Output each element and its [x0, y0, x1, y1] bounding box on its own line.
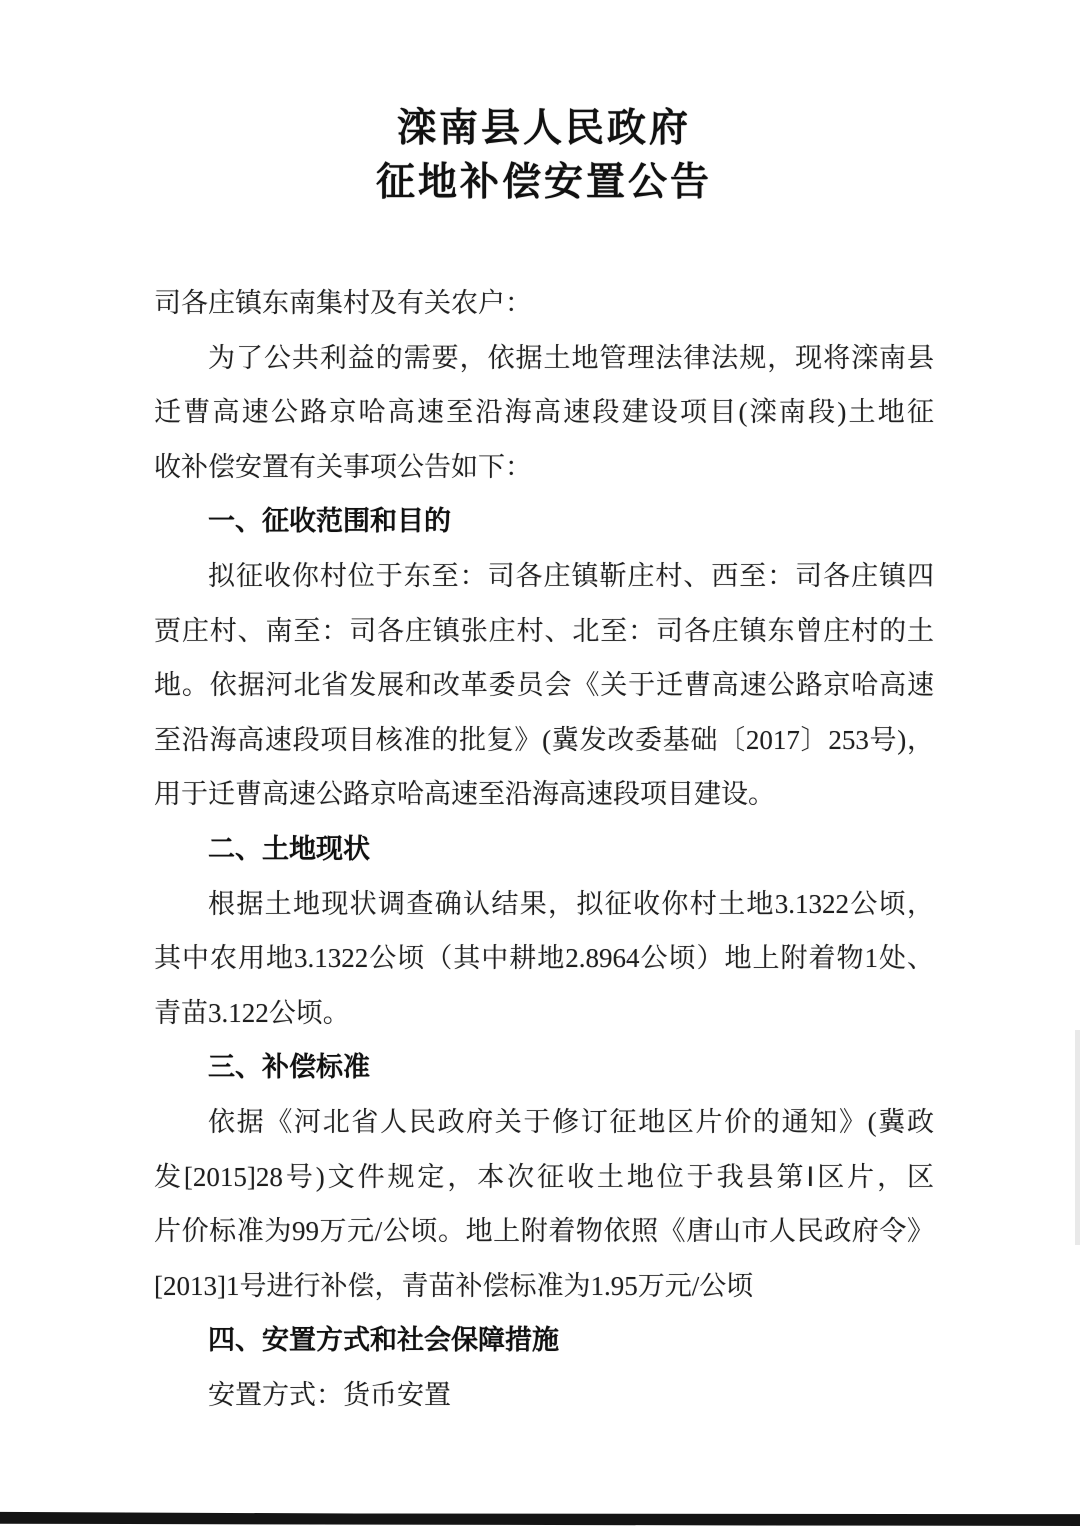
document-line: 青苗3.122公顷。 [154, 986, 934, 1041]
document-line: 地。依据河北省发展和改革委员会《关于迁曹高速公路京哈高速 [154, 658, 934, 713]
document-line: 用于迁曹高速公路京哈高速至沿海高速段项目建设。 [154, 767, 934, 822]
document-title-line-1: 滦南县人民政府 [154, 102, 934, 156]
document-line: 收补偿安置有关事项公告如下： [154, 440, 934, 495]
document-line: 至沿海高速段项目核准的批复》(冀发改委基础〔2017〕253号)， [154, 713, 934, 768]
document-line: 司各庄镇东南集村及有关农户： [154, 276, 934, 331]
document-line: 拟征收你村位于东至：司各庄镇靳庄村、西至：司各庄镇四 [154, 549, 934, 604]
section-heading: 一、征收范围和目的 [154, 494, 934, 549]
section-heading: 二、土地现状 [154, 822, 934, 877]
document-line: 为了公共利益的需要，依据土地管理法律法规，现将滦南县 [154, 331, 934, 386]
document-line: 安置方式：货币安置 [154, 1368, 934, 1423]
document-line: 其中农用地3.1322公顷（其中耕地2.8964公顷）地上附着物1处、 [154, 931, 934, 986]
document-line: 根据土地现状调查确认结果，拟征收你村土地3.1322公顷， [154, 877, 934, 932]
document-line: 迁曹高速公路京哈高速至沿海高速段建设项目(滦南段)土地征 [154, 385, 934, 440]
section-heading: 四、安置方式和社会保障措施 [154, 1313, 934, 1368]
document-title: 滦南县人民政府 征地补偿安置公告 [154, 102, 934, 210]
section-heading: 三、补偿标准 [154, 1040, 934, 1095]
document-body: 司各庄镇东南集村及有关农户：为了公共利益的需要，依据土地管理法律法规，现将滦南县… [154, 276, 934, 1422]
document-title-line-2: 征地补偿安置公告 [154, 156, 934, 210]
scan-artifact-right-edge [1075, 1030, 1080, 1245]
document-line: [2013]1号进行补偿，青苗补偿标准为1.95万元/公顷 [154, 1259, 934, 1314]
document-line: 发[2015]28号)文件规定，本次征收土地位于我县第Ⅰ区片，区 [154, 1150, 934, 1205]
document-line: 依据《河北省人民政府关于修订征地区片价的通知》(冀政 [154, 1095, 934, 1150]
scan-artifact-bottom-bar [0, 1510, 1080, 1526]
document-line: 贾庄村、南至：司各庄镇张庄村、北至：司各庄镇东曾庄村的土 [154, 604, 934, 659]
document-line: 片价标准为99万元/公顷。地上附着物依照《唐山市人民政府令》 [154, 1204, 934, 1259]
document-page: 滦南县人民政府 征地补偿安置公告 司各庄镇东南集村及有关农户：为了公共利益的需要… [0, 0, 1080, 1526]
